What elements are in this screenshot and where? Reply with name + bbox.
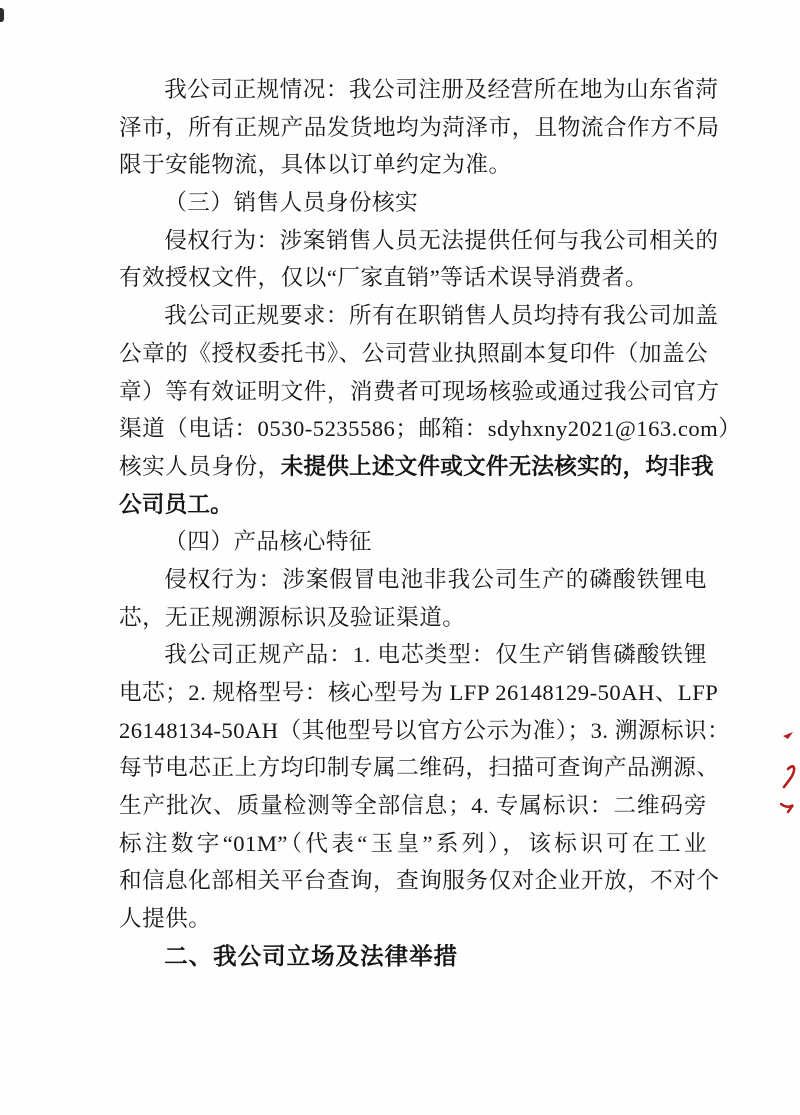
text-line: 人提供。	[119, 900, 707, 938]
text-line: 26148134-50AH（其他型号以官方公示为准）；3. 溯源标识：	[119, 712, 707, 750]
text-segment: 人提供。	[119, 906, 211, 931]
text-line: 章）等有效证明文件，消费者可现场核验或通过我公司官方	[119, 373, 707, 411]
text-segment: 泽市，所有正规产品发货地均为菏泽市，且物流合作方不局	[119, 115, 719, 140]
document-page: 我公司正规情况：我公司注册及经营所在地为山东省菏泽市，所有正规产品发货地均为菏泽…	[0, 0, 800, 1115]
text-segment: 核实人员身份，	[119, 454, 281, 479]
text-line: 芯，无正规溯源标识及验证渠道。	[119, 599, 707, 637]
text-segment: 公章的《授权委托书》、公司营业执照副本复印件（加盖公	[119, 341, 708, 366]
text-line: 侵权行为：涉案假冒电池非我公司生产的磷酸铁锂电	[119, 561, 707, 599]
text-line: 和信息化部相关平台查询，查询服务仅对企业开放，不对个	[119, 862, 707, 900]
text-line: （三）销售人员身份核实	[119, 184, 707, 222]
document-body: 我公司正规情况：我公司注册及经营所在地为山东省菏泽市，所有正规产品发货地均为菏泽…	[119, 71, 707, 976]
text-line: 核实人员身份，未提供上述文件或文件无法核实的，均非我	[119, 448, 707, 486]
text-line: 我公司正规要求：所有在职销售人员均持有我公司加盖	[119, 297, 707, 335]
text-segment: 电芯；2. 规格型号：核心型号为 LFP 26148129-50AH、LFP	[119, 680, 718, 705]
bold-text-segment: 二、我公司立场及法律举措	[164, 943, 458, 969]
text-segment: 芯，无正规溯源标识及验证渠道。	[119, 605, 465, 630]
text-segment: 我公司正规情况：我公司注册及经营所在地为山东省菏	[164, 77, 718, 102]
text-segment: 我公司正规产品：1. 电芯类型：仅生产销售磷酸铁锂	[164, 642, 707, 667]
bold-text-segment: 未提供上述文件或文件无法核实的，均非我	[281, 454, 714, 479]
text-line: （四）产品核心特征	[119, 523, 707, 561]
red-pen-marks-icon	[776, 728, 800, 820]
text-line: 电芯；2. 规格型号：核心型号为 LFP 26148129-50AH、LFP	[119, 674, 707, 712]
text-line: 公章的《授权委托书》、公司营业执照副本复印件（加盖公	[119, 335, 707, 373]
text-line: 限于安能物流，具体以订单约定为准。	[119, 146, 707, 184]
text-segment: 侵权行为：涉案假冒电池非我公司生产的磷酸铁锂电	[164, 567, 707, 592]
text-line: 侵权行为：涉案销售人员无法提供任何与我公司相关的	[119, 222, 707, 260]
scan-speck	[0, 8, 4, 22]
text-segment: 26148134-50AH（其他型号以官方公示为准）；3. 溯源标识：	[119, 718, 730, 743]
text-segment: 生产批次、质量检测等全部信息；4. 专属标识：二维码旁	[119, 793, 707, 818]
text-segment: 有效授权文件，仅以“厂家直销”等话术误导消费者。	[119, 265, 648, 290]
text-segment: 和信息化部相关平台查询，查询服务仅对企业开放，不对个	[119, 868, 719, 893]
text-segment: （三）销售人员身份核实	[164, 190, 418, 215]
text-line: 泽市，所有正规产品发货地均为菏泽市，且物流合作方不局	[119, 109, 707, 147]
text-segment: 章）等有效证明文件，消费者可现场核验或通过我公司官方	[119, 379, 719, 404]
section-heading: 二、我公司立场及法律举措	[119, 938, 707, 976]
text-line: 我公司正规情况：我公司注册及经营所在地为山东省菏	[119, 71, 707, 109]
text-line: 生产批次、质量检测等全部信息；4. 专属标识：二维码旁	[119, 787, 707, 825]
text-segment: （四）产品核心特征	[164, 529, 372, 554]
text-line: 公司员工。	[119, 486, 707, 524]
text-line: 有效授权文件，仅以“厂家直销”等话术误导消费者。	[119, 259, 707, 297]
text-segment: 渠道（电话：0530-5235586；邮箱：sdyhxny2021@163.co…	[119, 416, 741, 441]
text-segment: 每节电芯正上方均印制专属二维码，扫描可查询产品溯源、	[119, 755, 719, 780]
text-line: 我公司正规产品：1. 电芯类型：仅生产销售磷酸铁锂	[119, 636, 707, 674]
text-line: 标注数字“01M”（代表“玉皇”系列），该标识可在工业	[119, 825, 707, 863]
text-segment: 标注数字“01M”（代表“玉皇”系列），该标识可在工业	[119, 831, 707, 856]
text-segment: 限于安能物流，具体以订单约定为准。	[119, 152, 512, 177]
text-segment: 侵权行为：涉案销售人员无法提供任何与我公司相关的	[164, 228, 718, 253]
text-line: 每节电芯正上方均印制专属二维码，扫描可查询产品溯源、	[119, 749, 707, 787]
bold-text-segment: 公司员工。	[119, 492, 233, 517]
text-segment: 我公司正规要求：所有在职销售人员均持有我公司加盖	[164, 303, 718, 328]
text-line: 渠道（电话：0530-5235586；邮箱：sdyhxny2021@163.co…	[119, 410, 707, 448]
